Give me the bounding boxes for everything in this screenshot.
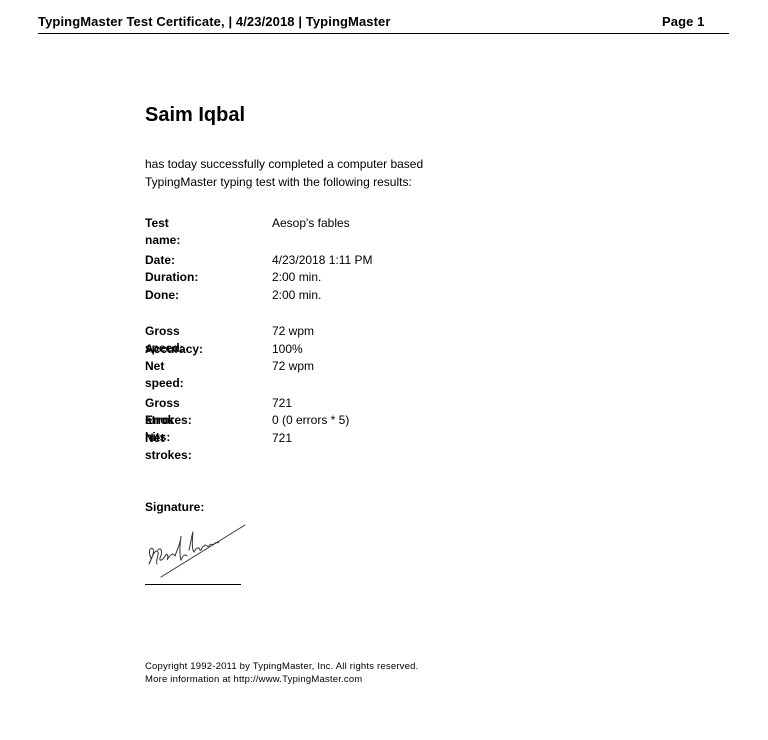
page-number: Page 1 bbox=[662, 14, 705, 29]
result-label: Test name: bbox=[145, 215, 180, 249]
recipient-name: Saim Iqbal bbox=[145, 104, 245, 127]
result-value: 4/23/2018 1:11 PM bbox=[272, 252, 373, 269]
signature-icon bbox=[145, 522, 247, 580]
result-label: Accuracy: bbox=[145, 341, 203, 358]
result-value: 72 wpm bbox=[272, 358, 314, 375]
intro-line-1: has today successfully completed a compu… bbox=[145, 155, 423, 173]
result-value: 2:00 min. bbox=[272, 269, 321, 286]
result-value: 2:00 min. bbox=[272, 287, 321, 304]
footer: Copyright 1992-2011 by TypingMaster, Inc… bbox=[145, 660, 418, 686]
header-divider bbox=[38, 33, 729, 34]
result-value: Aesop's fables bbox=[272, 215, 350, 232]
result-value: 721 bbox=[272, 395, 292, 412]
copyright-text: Copyright 1992-2011 by TypingMaster, Inc… bbox=[145, 660, 418, 673]
result-label: Net strokes: bbox=[145, 430, 192, 464]
result-value: 100% bbox=[272, 341, 303, 358]
intro-line-2: TypingMaster typing test with the follow… bbox=[145, 173, 423, 191]
result-label: Net speed: bbox=[145, 358, 184, 392]
page-header: TypingMaster Test Certificate, | 4/23/20… bbox=[38, 14, 728, 32]
result-label: Duration: bbox=[145, 269, 198, 286]
result-label: Done: bbox=[145, 287, 179, 304]
result-value: 72 wpm bbox=[272, 323, 314, 340]
result-value: 0 (0 errors * 5) bbox=[272, 412, 349, 429]
more-info-link[interactable]: More information at http://www.TypingMas… bbox=[145, 673, 418, 686]
header-title: TypingMaster Test Certificate, | 4/23/20… bbox=[38, 14, 391, 29]
result-label: Date: bbox=[145, 252, 175, 269]
intro-text: has today successfully completed a compu… bbox=[145, 155, 423, 191]
signature-line bbox=[145, 584, 241, 585]
signature-label: Signature: bbox=[145, 500, 204, 514]
result-value: 721 bbox=[272, 430, 292, 447]
